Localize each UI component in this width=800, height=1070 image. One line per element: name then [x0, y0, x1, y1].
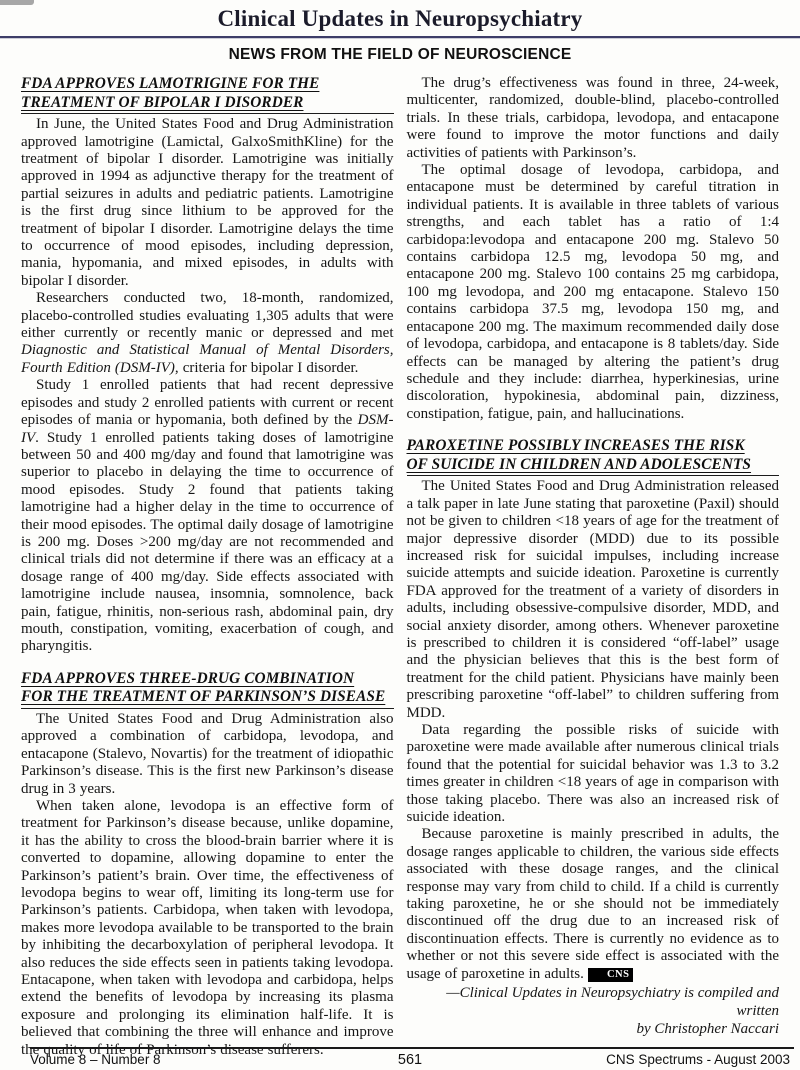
- page-footer: Volume 8 – Number 8 561 CNS Spectrums - …: [30, 1052, 790, 1068]
- byline: —Clinical Updates in Neuropsychiatry is …: [407, 984, 780, 1038]
- paragraph: When taken alone, levodopa is an effecti…: [21, 798, 394, 1059]
- paragraph: The United States Food and Drug Administ…: [407, 478, 780, 722]
- article-heading: FDA APPROVES LAMOTRIGINE FOR THE TREATME…: [21, 75, 394, 114]
- footer-journal: CNS Spectrums - August 2003: [537, 1052, 790, 1067]
- footer-page-number: 561: [283, 1052, 536, 1068]
- paragraph: Because paroxetine is mainly prescribed …: [407, 826, 780, 983]
- column-right: The drug’s effectiveness was found in th…: [407, 75, 780, 1059]
- footer-rule: [30, 1047, 794, 1049]
- cns-end-badge: CNS: [588, 968, 634, 982]
- page-title: Clinical Updates in Neuropsychiatry: [0, 6, 800, 32]
- column-left: FDA APPROVES LAMOTRIGINE FOR THE TREATME…: [21, 75, 394, 1059]
- paragraph: Data regarding the possible risks of sui…: [407, 722, 780, 826]
- header-rule: [0, 36, 800, 38]
- article-columns: FDA APPROVES LAMOTRIGINE FOR THE TREATME…: [0, 75, 800, 1059]
- article-heading: FDA APPROVES THREE-DRUG COMBINATION FOR …: [21, 670, 394, 709]
- paragraph: The United States Food and Drug Administ…: [21, 711, 394, 798]
- paragraph: The optimal dosage of levodopa, carbidop…: [407, 162, 780, 423]
- scan-artifact: [0, 0, 34, 5]
- paragraph: The drug’s effectiveness was found in th…: [407, 75, 780, 162]
- journal-page: Clinical Updates in Neuropsychiatry NEWS…: [0, 0, 800, 1070]
- page-subtitle: NEWS FROM THE FIELD OF NEUROSCIENCE: [0, 46, 800, 64]
- paragraph: In June, the United States Food and Drug…: [21, 116, 394, 290]
- paragraph: Study 1 enrolled patients that had recen…: [21, 377, 394, 656]
- page-header: Clinical Updates in Neuropsychiatry NEWS…: [0, 0, 800, 64]
- paragraph: Researchers conducted two, 18-month, ran…: [21, 290, 394, 377]
- article-heading: PAROXETINE POSSIBLY INCREASES THE RISK O…: [407, 437, 780, 476]
- footer-volume: Volume 8 – Number 8: [30, 1052, 283, 1067]
